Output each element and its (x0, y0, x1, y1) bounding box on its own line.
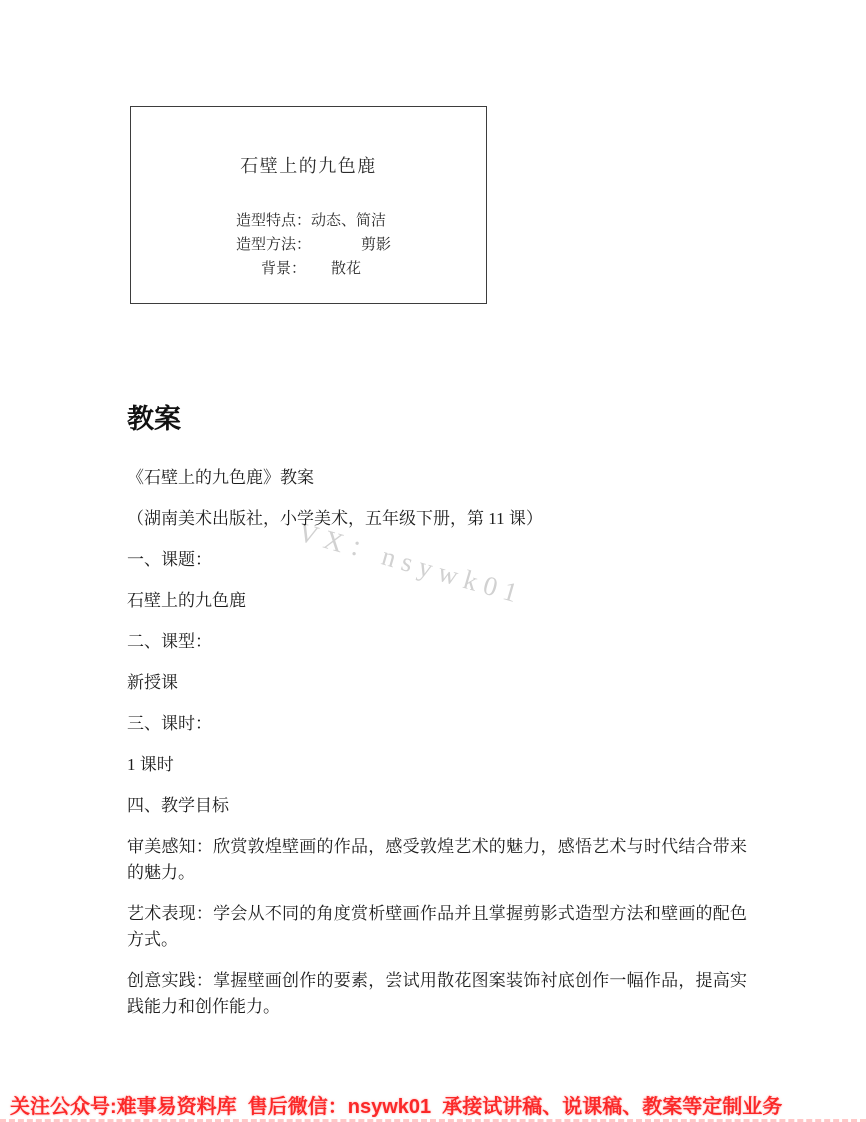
paragraph-goal-practice: 创意实践：掌握壁画创作的要素，尝试用散花图案装饰衬底创作一幅作品，提高实践能力和… (127, 968, 747, 1020)
spec-line-background: 背景： 散花 (236, 257, 486, 281)
promo-footer: 关注公众号:难事易资料库 售后微信：nsywk01 承接试讲稿、说课稿、教案等定… (0, 1090, 866, 1122)
card-title: 石壁上的九色鹿 (131, 152, 486, 178)
spec-line-shape-features: 造型特点：动态、简洁 (236, 209, 486, 233)
page-title: 教案 (127, 402, 747, 436)
document-page: 石壁上的九色鹿 造型特点：动态、简洁 造型方法： 剪影 背景： 散花 VX：ns… (0, 0, 866, 1122)
spec-line-shape-method: 造型方法： 剪影 (236, 233, 486, 257)
document-body: 教案 《石壁上的九色鹿》教案 （湖南美术出版社，小学美术，五年级下册，第 11 … (127, 402, 747, 1035)
paragraph-lesson-plan-title: 《石壁上的九色鹿》教案 (127, 465, 747, 491)
paragraph-publisher-info: （湖南美术出版社，小学美术，五年级下册，第 11 课） (127, 506, 747, 532)
paragraph-section-1-value: 石壁上的九色鹿 (127, 588, 747, 614)
paragraph-section-3-value: 1 课时 (127, 752, 747, 778)
promo-footer-text: 关注公众号:难事易资料库 售后微信：nsywk01 承接试讲稿、说课稿、教案等定… (0, 1090, 782, 1119)
paragraph-section-1-label: 一、课题： (127, 547, 747, 573)
paragraph-goal-aesthetic: 审美感知：欣赏敦煌壁画的作品，感受敦煌艺术的魅力，感悟艺术与时代结合带来的魅力。 (127, 834, 747, 886)
paragraph-section-2-label: 二、课型： (127, 629, 747, 655)
paragraph-section-2-value: 新授课 (127, 670, 747, 696)
paragraph-section-4-label: 四、教学目标 (127, 793, 747, 819)
paragraph-goal-expression: 艺术表现：学会从不同的角度赏析壁画作品并且掌握剪影式造型方法和壁画的配色方式。 (127, 901, 747, 953)
paragraph-section-3-label: 三、课时： (127, 711, 747, 737)
card-specs: 造型特点：动态、简洁 造型方法： 剪影 背景： 散花 (131, 209, 486, 281)
image-placeholder-card: 石壁上的九色鹿 造型特点：动态、简洁 造型方法： 剪影 背景： 散花 (130, 106, 487, 304)
